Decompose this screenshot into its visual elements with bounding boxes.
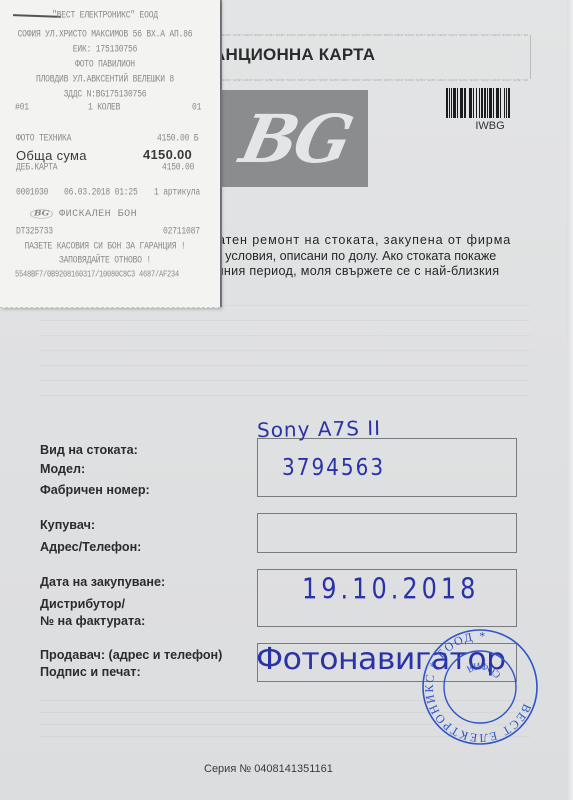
receipt-device-no: DT325733 [16,226,53,237]
bleed-line [40,395,530,396]
serial-label: Фабричен номер: [40,483,150,497]
fiscal-logo: BG [30,209,53,219]
receipt-item-price: 4150.00 Б [157,133,198,144]
receipt-note-warranty: ПАЗЕТЕ КАСОВИЯ СИ БОН ЗА ГАРАНЦИЯ ! [0,241,210,252]
receipt-operator-code: 01 [192,102,201,113]
intro-text: платен ремонт на стоката, закупена от фи… [202,233,532,295]
handwritten-purchase-date: 19.10.2018 [302,572,479,606]
microtext-bottom: SONY SONY SONY SONY SONY SONY SONY SONY … [222,78,528,82]
bleed-line [40,320,530,321]
product-type-label: Вид на стоката: [40,443,138,457]
bleed-line [40,350,530,351]
receipt-vat: ЗДДС N:BG175130756 [0,89,210,100]
intro-line: платен ремонт на стоката, закупена от фи… [202,233,532,249]
microtext-border [526,35,531,79]
receipt-number: 0001030 [16,187,48,198]
intro-line: ионния период, моля свържете се с най-бл… [202,264,532,280]
bg-logo-text: BG [212,90,379,187]
receipt-payment-value: 4150.00 [162,162,194,173]
receipt-datetime: 06.03.2018 01:25 [64,187,138,198]
buyer-field[interactable] [257,513,517,553]
document-title: РАНЦИОННА КАРТА [203,45,375,65]
receipt-operator: 1 КОЛЕВ [88,102,120,113]
receipt-hash: 5548BF7/0B9208160317/10080C8C3 4687/AF23… [15,270,179,280]
intro-line: ите условия, описани по долу. Ако стокат… [202,249,532,265]
receipt-fiscal-row: BGФИСКАЛЕН БОН [30,208,137,220]
receipt-operator-no: #01 [15,102,29,113]
receipt-fm-no: 02711087 [163,226,200,237]
series-number: Серия № 0408141351161 [204,763,333,775]
bleed-line [40,335,530,336]
handwritten-product: Sony A7S II [257,416,381,442]
handwritten-serial: 3794563 [282,453,385,481]
distributor-label: Дистрибутор/ [40,597,125,611]
buyer-label: Купувач: [40,518,95,532]
bleed-line [40,380,530,381]
receipt-eik: ЕИК: 175130756 [0,44,210,55]
barcode [446,88,534,118]
microtext-top: SONY SONY SONY SONY SONY SONY SONY SONY … [222,33,528,37]
receipt-total-value: 4150.00 [143,147,192,162]
barcode-bar [508,88,510,118]
receipt-items-count: 1 артикула [154,187,200,198]
seller-label: Продавач: (адрес и телефон) [40,648,222,662]
signature-label: Подпис и печат: [40,665,141,679]
receipt-item-name: ФОТО ТЕХНИКА [16,133,71,144]
receipt-payment-label: ДЕБ.КАРТА [16,162,57,173]
receipt-shop: ФОТО ПАВИЛИОН [0,59,210,70]
bg-logo: BG [222,90,368,187]
receipt-total-label: Обща сума [16,148,87,163]
receipt-address: СОФИЯ УЛ.ХРИСТО МАКСИМОВ 56 ВХ.А АП.86 [0,29,210,40]
bleed-line [40,365,530,366]
paper-edge [567,0,573,800]
address-label: Адрес/Телефон: [40,540,141,554]
receipt-company: "ВЕСТ ЕЛЕКТРОНИКС" ЕООД [0,10,210,21]
receipt-shop-address: ПЛОВДИВ УЛ.АВКСЕНТИЙ ВЕЛЕШКИ 8 [0,74,210,85]
purchase-date-label: Дата на закупуване: [40,575,165,589]
receipt-note-thanks: ЗАПОВЯДАЙТЕ ОТНОВО ! [0,255,210,266]
company-stamp: ВЕСТ ЕЛЕКТРОНИКС * ЕООД * СОФИЯ [420,627,540,747]
intro-line: NY. [202,280,532,296]
fiscal-receipt: "ВЕСТ ЕЛЕКТРОНИКС" ЕООД СОФИЯ УЛ.ХРИСТО … [0,0,220,308]
barcode-label: IWBG [446,120,534,132]
receipt-fiscal-label: ФИСКАЛЕН БОН [59,209,137,220]
model-label: Модел: [40,462,85,476]
stamp-outer-text: ВЕСТ ЕЛЕКТРОНИКС * ЕООД * [420,627,540,747]
invoice-label: № на фактурата: [40,614,145,628]
